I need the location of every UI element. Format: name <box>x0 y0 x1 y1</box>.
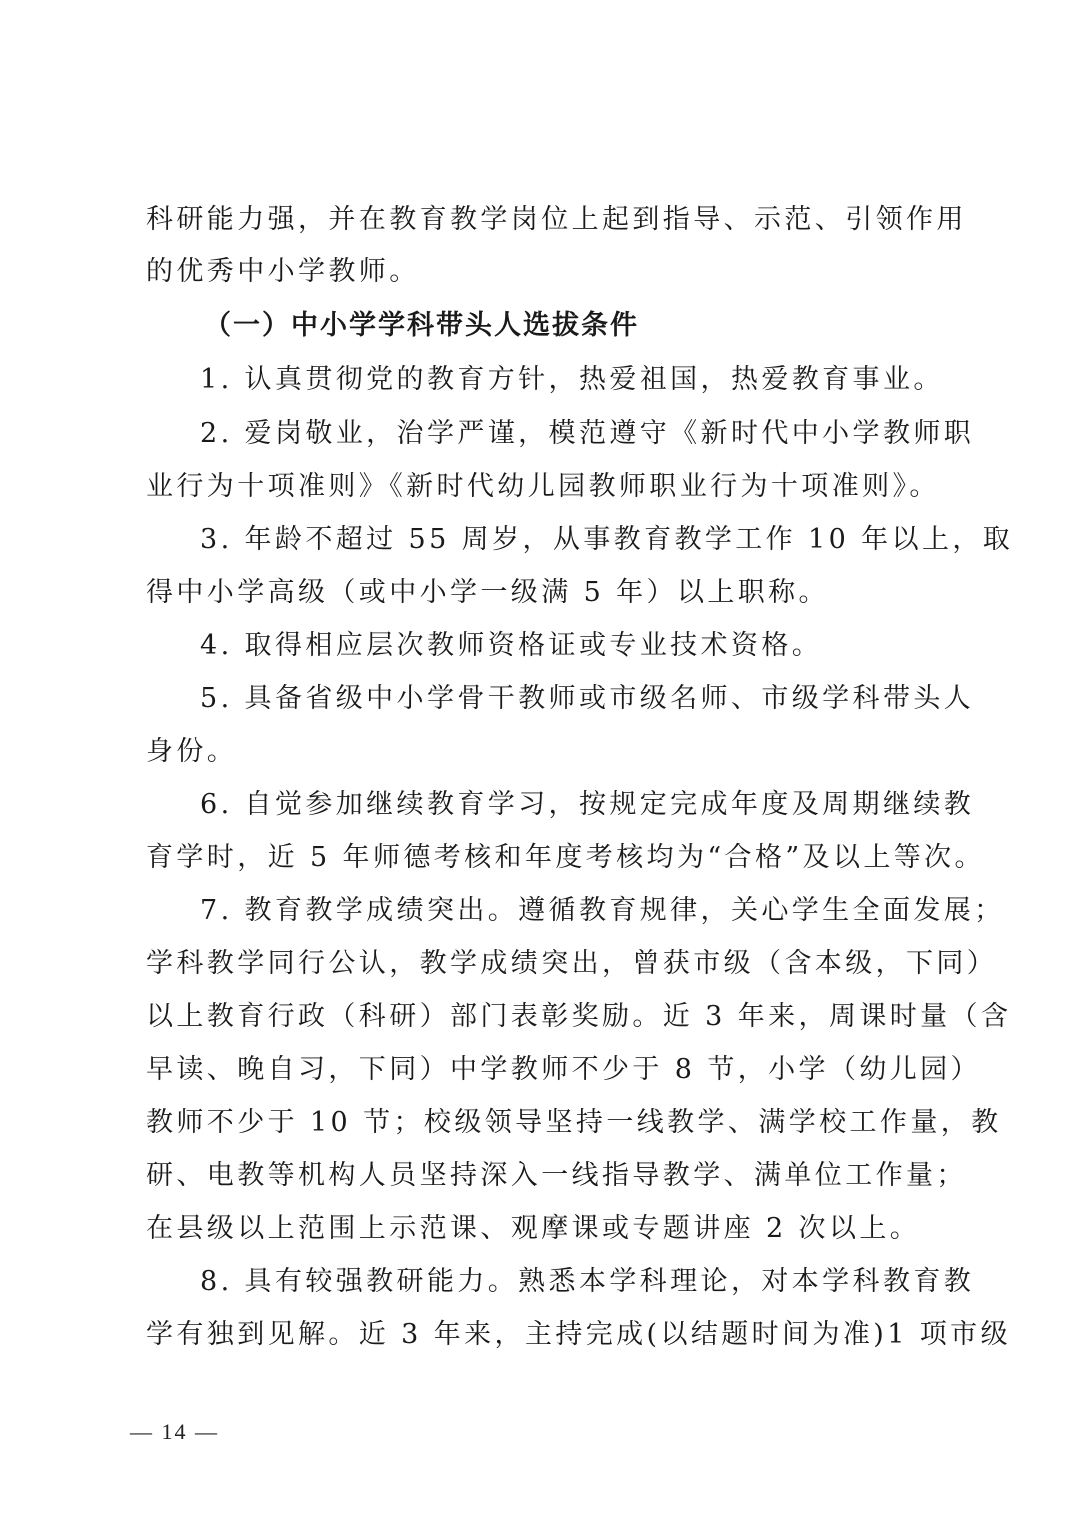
item-8-line-1: 8. 具有较强教研能力。熟悉本学科理论，对本学科教育教 <box>200 1264 936 1300</box>
document-page: 科研能力强，并在教育教学岗位上起到指导、示范、引领作用 的优秀中小学教师。 （一… <box>0 0 1074 1520</box>
item-7-line-5: 教师不少于 10 节；校级领导坚持一线教学、满学校工作量，教 <box>146 1105 936 1141</box>
item-3-line-2: 得中小学高级（或中小学一级满 5 年）以上职称。 <box>146 575 936 611</box>
item-2-line-1: 2. 爱岗敬业，治学严谨，模范遵守《新时代中小学教师职 <box>200 416 936 452</box>
item-6-line-1: 6. 自觉参加继续教育学习，按规定完成年度及周期继续教 <box>200 787 936 823</box>
page-number: — 14 — <box>130 1418 219 1446</box>
item-2-line-2: 业行为十项准则》《新时代幼儿园教师职业行为十项准则》。 <box>146 469 936 505</box>
item-7-line-6: 研、电教等机构人员坚持深入一线指导教学、满单位工作量； <box>146 1158 936 1194</box>
item-7-line-3: 以上教育行政（科研）部门表彰奖励。近 3 年来，周课时量（含 <box>146 999 936 1035</box>
item-5-line-1: 5. 具备省级中小学骨干教师或市级名师、市级学科带头人 <box>200 681 936 717</box>
item-6-line-2: 育学时，近 5 年师德考核和年度考核均为“合格”及以上等次。 <box>146 840 936 876</box>
item-8-line-2: 学有独到见解。近 3 年来，主持完成(以结题时间为准)1 项市级 <box>146 1317 936 1353</box>
item-7-line-4: 早读、晚自习，下同）中学教师不少于 8 节，小学（幼儿园） <box>146 1052 936 1088</box>
item-1-line-1: 1. 认真贯彻党的教育方针，热爱祖国，热爱教育事业。 <box>200 362 936 398</box>
item-5-line-2: 身份。 <box>146 734 936 770</box>
item-4-line-1: 4. 取得相应层次教师资格证或专业技术资格。 <box>200 628 936 664</box>
item-7-line-2: 学科教学同行公认，教学成绩突出，曾获市级（含本级，下同） <box>146 946 936 982</box>
section-heading: （一）中小学学科带头人选拔条件 <box>204 308 994 344</box>
intro-line-2: 的优秀中小学教师。 <box>146 254 936 290</box>
intro-line-1: 科研能力强，并在教育教学岗位上起到指导、示范、引领作用 <box>146 202 936 238</box>
item-7-line-1: 7. 教育教学成绩突出。遵循教育规律，关心学生全面发展； <box>200 893 936 929</box>
item-3-line-1: 3. 年龄不超过 55 周岁，从事教育教学工作 10 年以上，取 <box>200 522 936 558</box>
item-7-line-7: 在县级以上范围上示范课、观摩课或专题讲座 2 次以上。 <box>146 1211 936 1247</box>
